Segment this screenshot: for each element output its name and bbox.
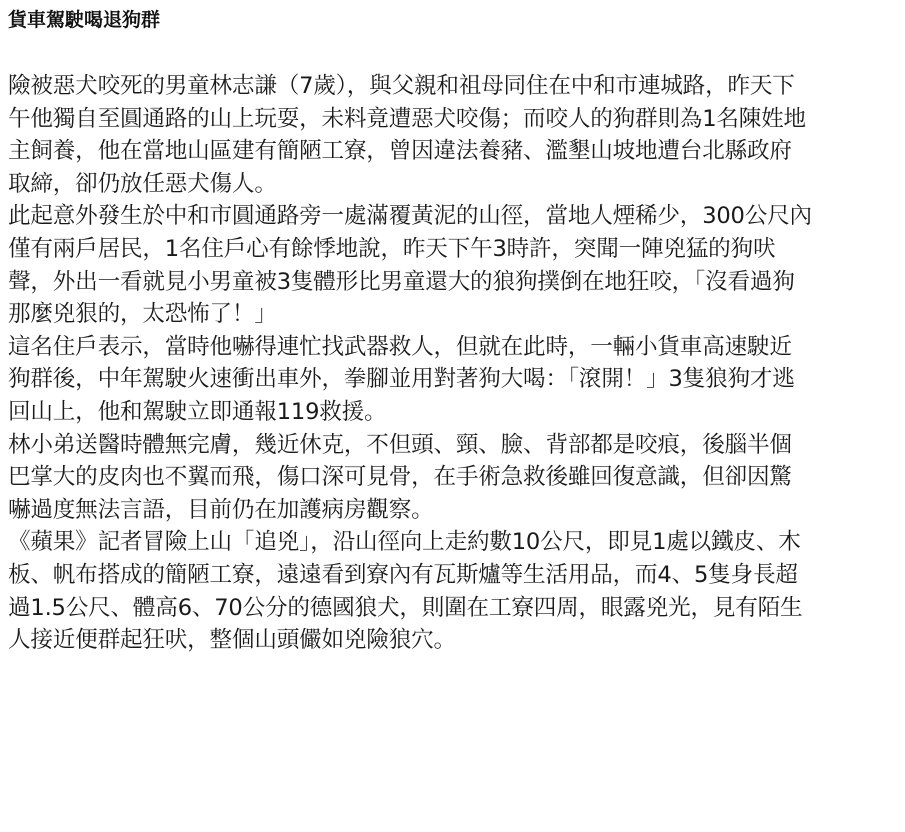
paragraph-line: 此起意外發生於中和市圓通路旁一處滿覆黃泥的山徑，當地人煙稀少，300公尺內 (8, 200, 898, 233)
paragraph-line: 午他獨自至圓通路的山上玩耍，未料竟遭惡犬咬傷；而咬人的狗群則為1名陳姓地 (8, 103, 898, 136)
paragraph-line: 險被惡犬咬死的男童林志謙（7歲），與父親和祖母同住在中和市連城路，昨天下 (8, 70, 898, 103)
paragraph-line: 過1.5公尺、體高6、70公分的德國狼犬，則圍在工寮四周，眼露兇光，見有陌生 (8, 592, 898, 625)
paragraph-4: 林小弟送醫時體無完膚，幾近休克，不但頭、頸、臉、背部都是咬痕，後腦半個 巴掌大的… (8, 429, 898, 527)
paragraph-line: 僅有兩戶居民，1名住戶心有餘悸地說，昨天下午3時許，突聞一陣兇猛的狗吠 (8, 233, 898, 266)
paragraph-line: 聲，外出一看就見小男童被3隻體形比男童還大的狼狗撲倒在地狂咬，「沒看過狗 (8, 266, 898, 299)
article: 貨車駕駛喝退狗群 險被惡犬咬死的男童林志謙（7歲），與父親和祖母同住在中和市連城… (8, 0, 898, 657)
paragraph-line: 嚇過度無法言語，目前仍在加護病房觀察。 (8, 494, 898, 527)
paragraph-line: 取締，卻仍放任惡犬傷人。 (8, 168, 898, 201)
paragraph-line: 《蘋果》記者冒險上山「追兇」，沿山徑向上走約數10公尺，即見1處以鐵皮、木 (8, 526, 898, 559)
paragraph-1: 險被惡犬咬死的男童林志謙（7歲），與父親和祖母同住在中和市連城路，昨天下 午他獨… (8, 70, 898, 200)
paragraph-3: 這名住戶表示，當時他嚇得連忙找武器救人，但就在此時，一輛小貨車高速駛近 狗群後，… (8, 331, 898, 429)
paragraph-line: 那麼兇狠的，太恐怖了！」 (8, 298, 898, 331)
paragraph-line: 巴掌大的皮肉也不翼而飛，傷口深可見骨，在手術急救後雖回復意識，但卻因驚 (8, 461, 898, 494)
article-title: 貨車駕駛喝退狗群 (8, 0, 898, 34)
paragraph-5: 《蘋果》記者冒險上山「追兇」，沿山徑向上走約數10公尺，即見1處以鐵皮、木 板、… (8, 526, 898, 656)
paragraph-line: 這名住戶表示，當時他嚇得連忙找武器救人，但就在此時，一輛小貨車高速駛近 (8, 331, 898, 364)
paragraph-line: 主飼養，他在當地山區建有簡陋工寮，曾因違法養豬、濫墾山坡地遭台北縣政府 (8, 135, 898, 168)
article-body: 險被惡犬咬死的男童林志謙（7歲），與父親和祖母同住在中和市連城路，昨天下 午他獨… (8, 70, 898, 657)
paragraph-line: 狗群後，中年駕駛火速衝出車外，拳腳並用對著狗大喝：「滾開！」3隻狼狗才逃 (8, 363, 898, 396)
paragraph-line: 林小弟送醫時體無完膚，幾近休克，不但頭、頸、臉、背部都是咬痕，後腦半個 (8, 429, 898, 462)
paragraph-2: 此起意外發生於中和市圓通路旁一處滿覆黃泥的山徑，當地人煙稀少，300公尺內 僅有… (8, 200, 898, 330)
paragraph-line: 板、帆布搭成的簡陋工寮，遠遠看到寮內有瓦斯爐等生活用品，而4、5隻身長超 (8, 559, 898, 592)
paragraph-line: 回山上，他和駕駛立即通報119救援。 (8, 396, 898, 429)
paragraph-line: 人接近便群起狂吠，整個山頭儼如兇險狼穴。 (8, 624, 898, 657)
